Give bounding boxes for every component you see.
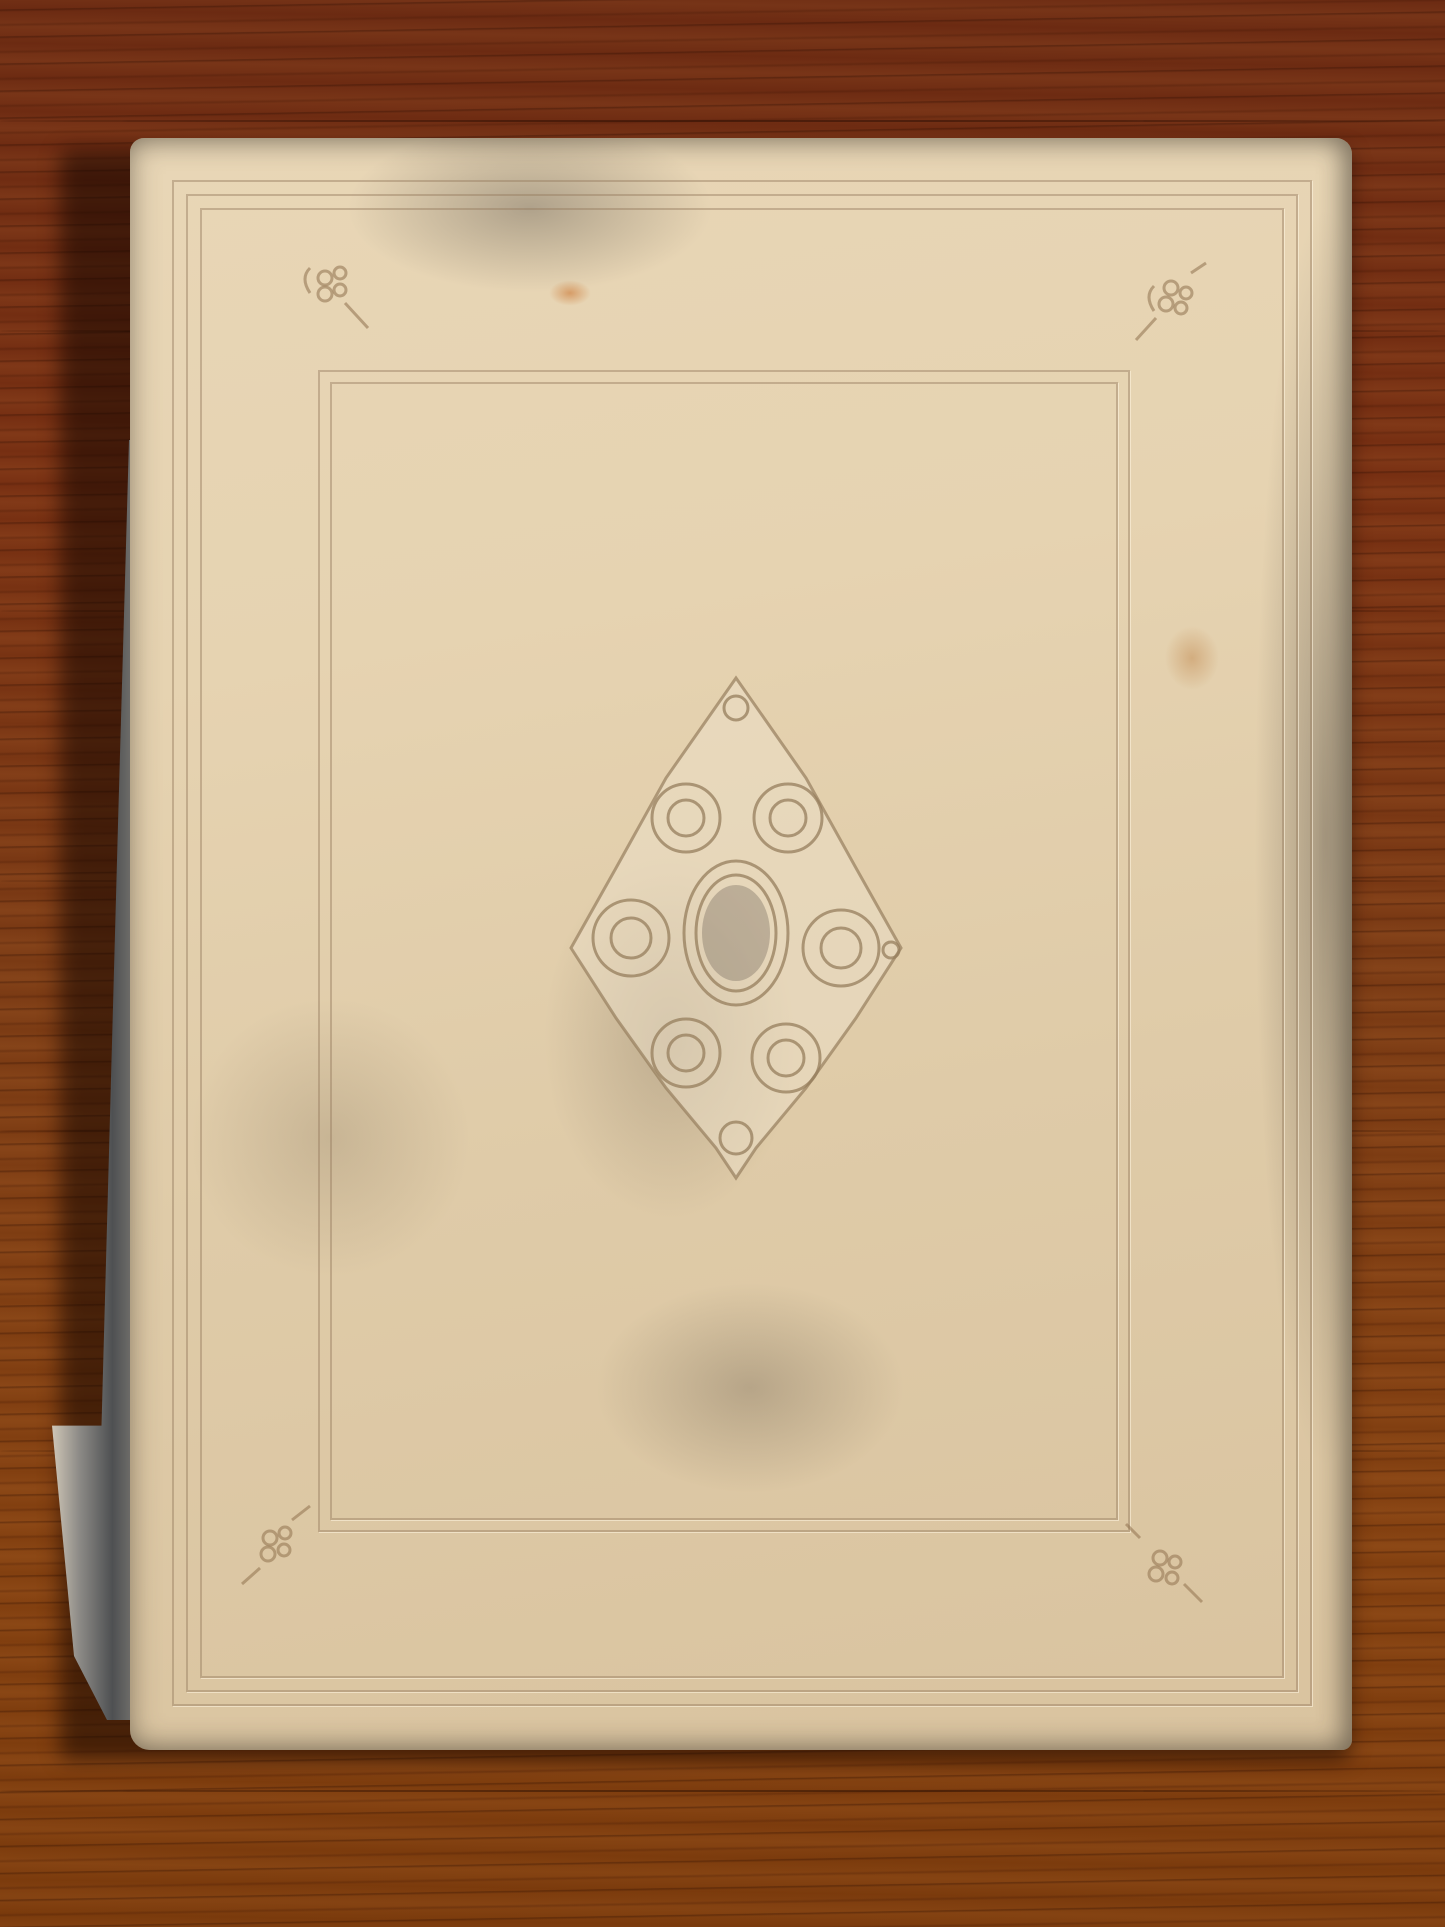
corner-ornament-bottom-left-icon — [230, 1498, 320, 1588]
wood-grain-line — [0, 120, 1445, 122]
corner-ornament-top-left-icon — [290, 248, 380, 338]
oval-stain — [702, 885, 770, 981]
book-cover — [130, 138, 1352, 1750]
corner-ornament-bottom-right-icon — [1120, 1518, 1210, 1608]
wood-grain-line — [0, 1790, 1445, 1792]
center-ornament-cartouche-icon — [556, 668, 916, 1188]
corner-ornament-top-right-icon — [1126, 258, 1216, 348]
